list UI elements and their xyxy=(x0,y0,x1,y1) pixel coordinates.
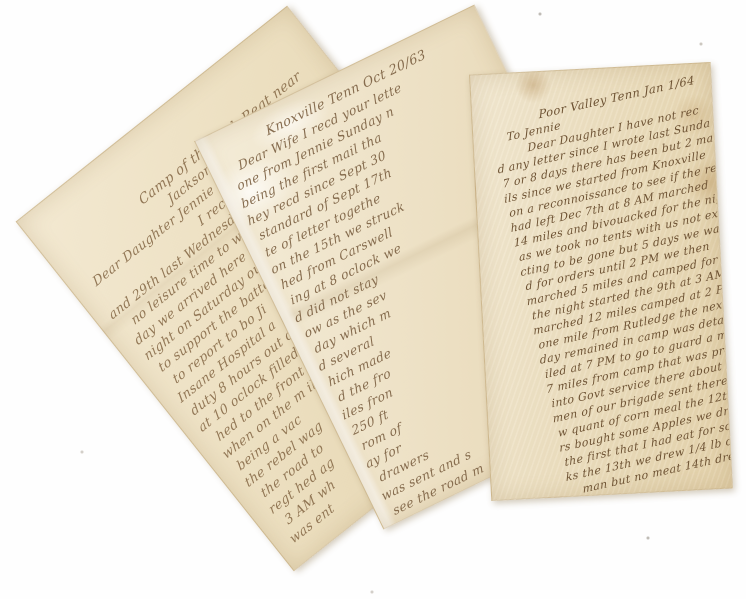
letter-poor-valley: Poor Valley Tenn Jan 1/64To JennieDear D… xyxy=(469,62,733,501)
letter-poor-valley-text: Poor Valley Tenn Jan 1/64To JennieDear D… xyxy=(486,63,733,500)
letters-photograph: Camp of the 35th Regt nearJackson Miss J… xyxy=(0,0,746,599)
